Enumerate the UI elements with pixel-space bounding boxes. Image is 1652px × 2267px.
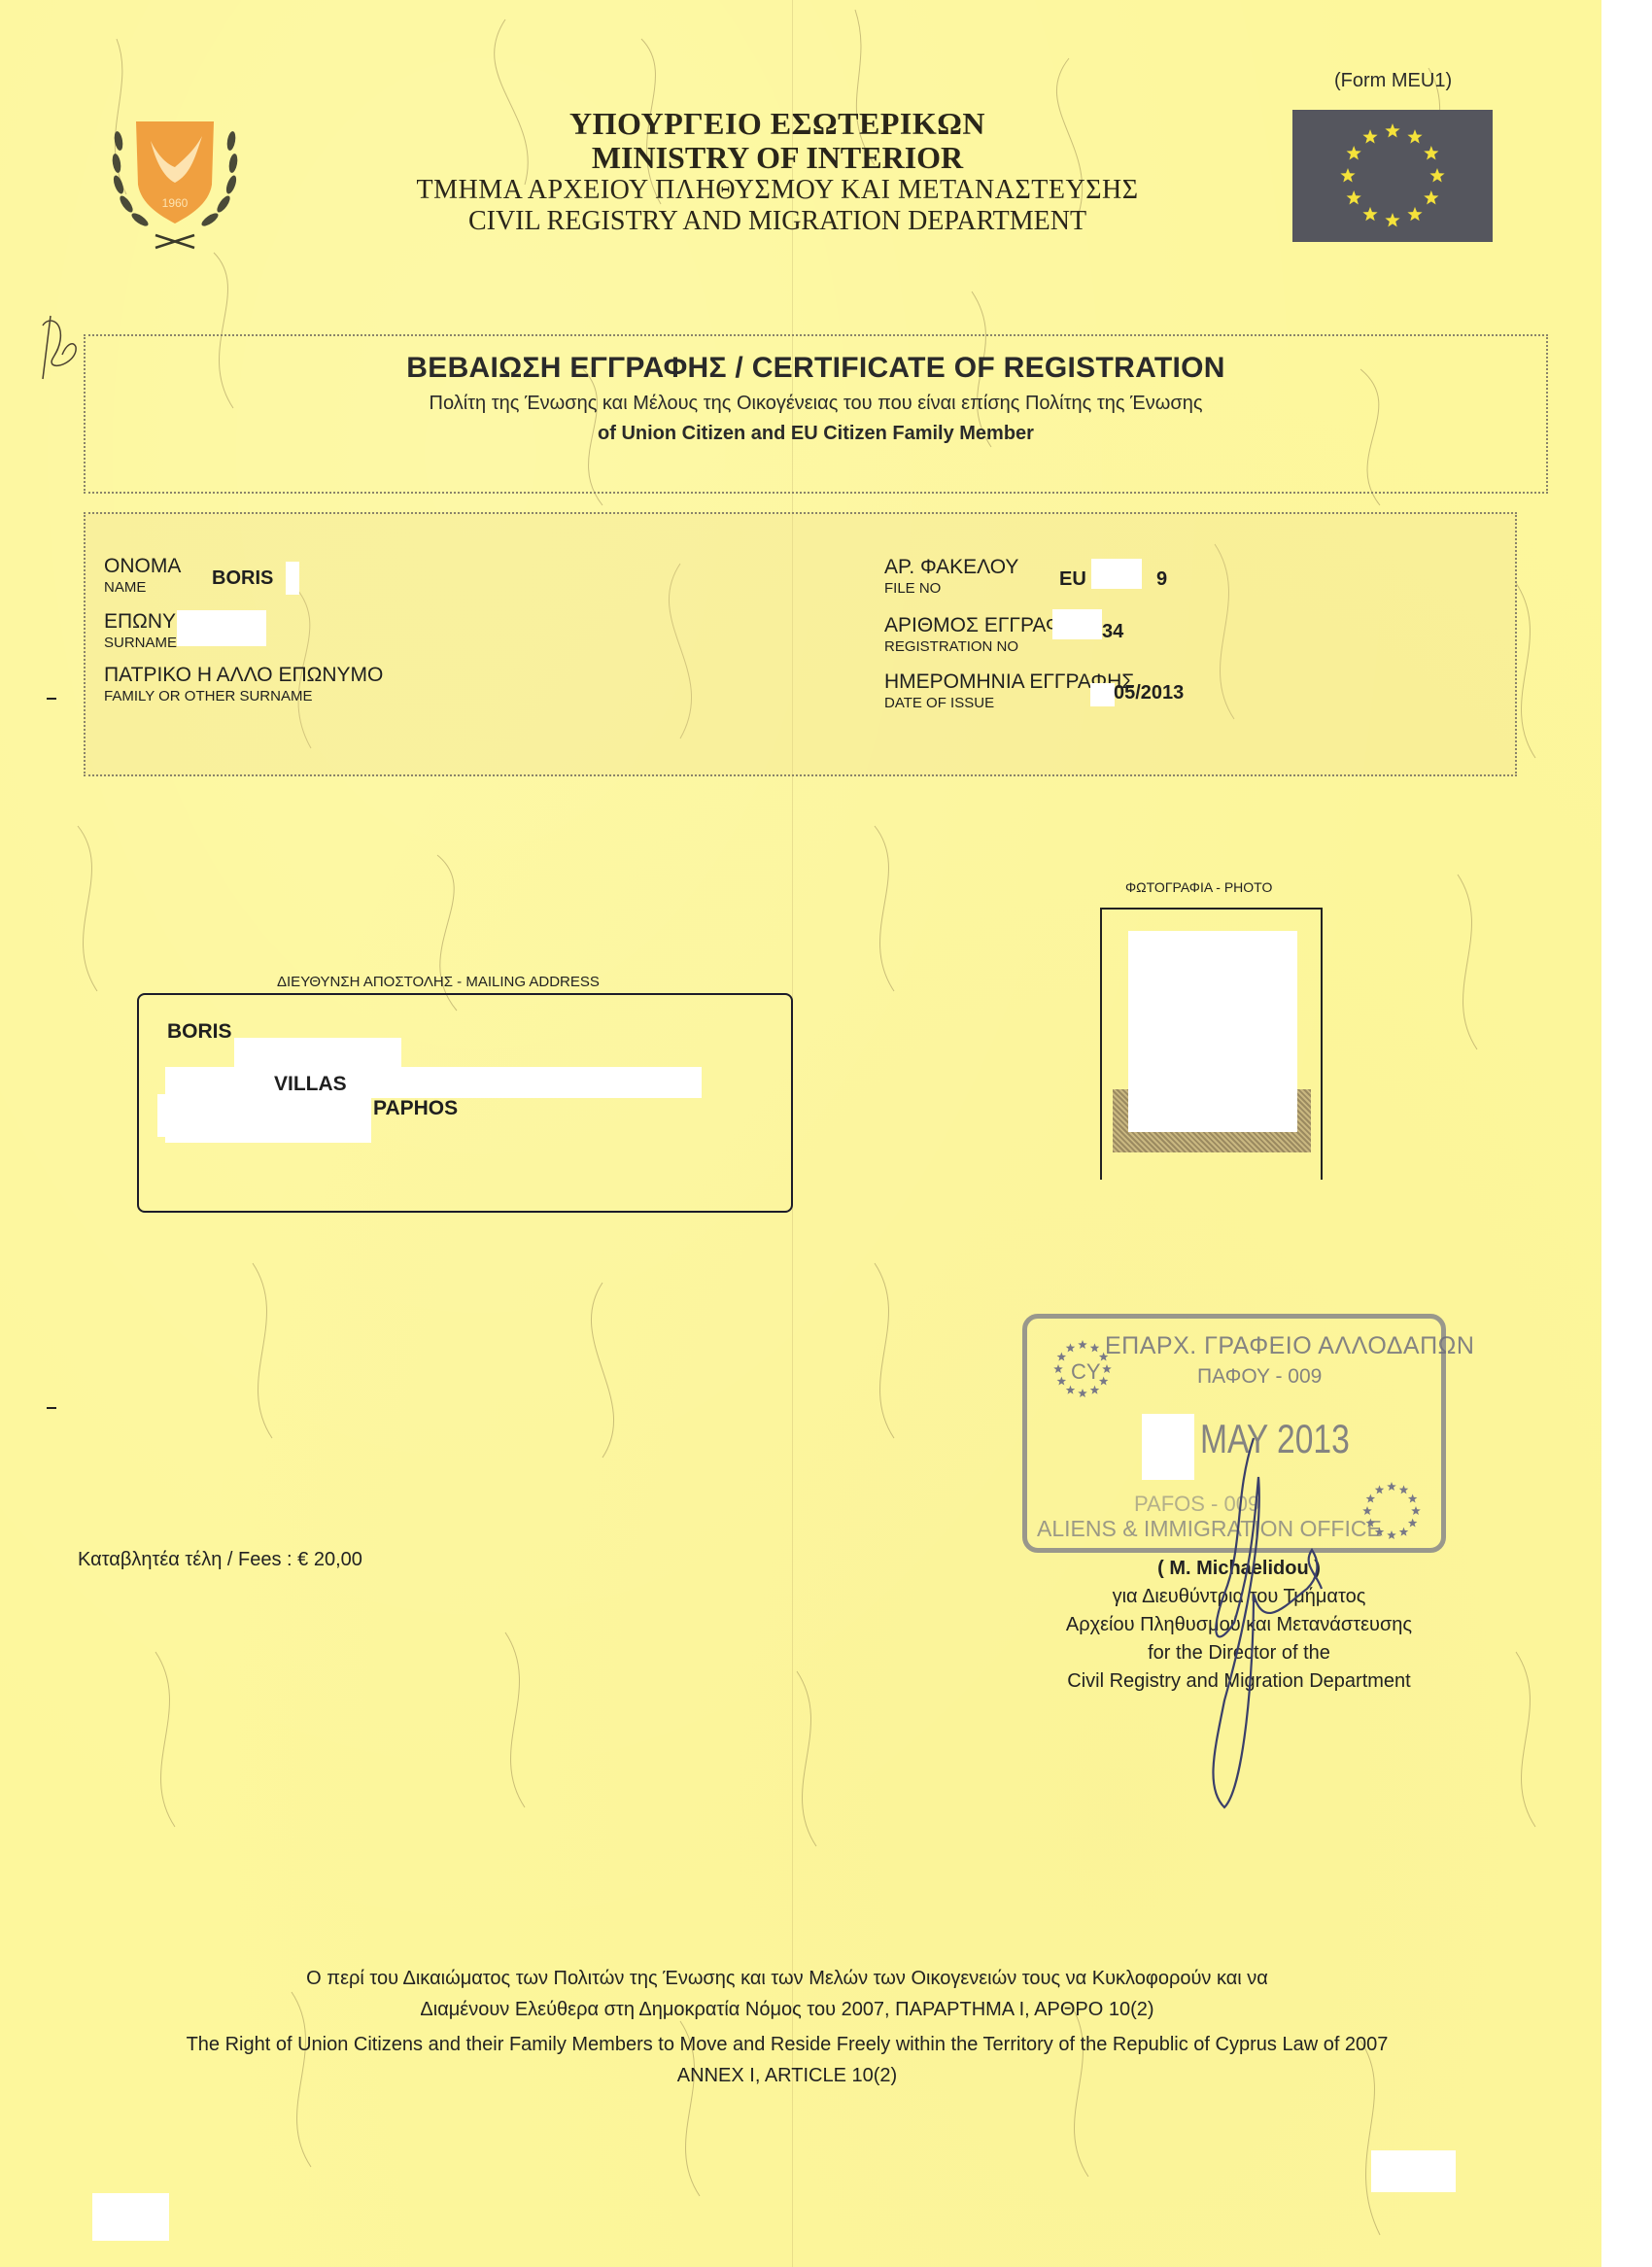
- department-title-greek: ΤΜΗΜΑ ΑΡΧΕΙΟΥ ΠΛΗΘΥΣΜΟΥ ΚΑΙ ΜΕΤΑΝΑΣΤΕΥΣΗ…: [369, 175, 1186, 206]
- issuing-authority-header: ΥΠΟΥΡΓΕΙΟ ΕΣΩΤΕΡΙΚΩΝ MINISTRY OF INTERIO…: [369, 107, 1186, 237]
- file-no-label: ΑΡ. ΦΑΚΕΛΟΥ FILE NO: [884, 556, 1018, 599]
- law-greek-1: Ο περί του Δικαιώματος των Πολιτών της Έ…: [97, 1963, 1477, 1994]
- cyprus-seal-icon: [1358, 1482, 1426, 1540]
- date-of-issue-value: 05/2013: [1114, 682, 1184, 704]
- ministry-title-greek: ΥΠΟΥΡΓΕΙΟ ΕΣΩΤΕΡΙΚΩΝ: [369, 107, 1186, 140]
- file-no-prefix: EU: [1059, 568, 1086, 591]
- stamp-date: MAY 2013: [1200, 1416, 1350, 1462]
- certificate-page: 1960 ΥΠΟΥΡΓΕΙΟ ΕΣΩΤΕΡΙΚΩΝ MINISTRY OF IN…: [0, 0, 1601, 2267]
- signatory-role-english-2: Civil Registry and Migration Department: [1011, 1667, 1467, 1696]
- department-title-english: CIVIL REGISTRY AND MIGRATION DEPARTMENT: [369, 206, 1186, 237]
- other-surname-label: ΠΑΤΡΙΚΟ Η ΑΛΛΟ ΕΠΩΝΥΜΟ FAMILY OR OTHER S…: [104, 664, 383, 706]
- law-greek-2: Διαμένουν Ελεύθερα στη Δημοκρατία Νόμος …: [97, 1994, 1477, 2025]
- ministry-title-english: MINISTRY OF INTERIOR: [369, 140, 1186, 175]
- certificate-title-box: ΒΕΒΑΙΩΣΗ ΕΓΓΡΑΦΗΣ / CERTIFICATE OF REGIS…: [84, 334, 1548, 494]
- form-code: (Form MEU1): [1334, 70, 1452, 92]
- office-stamp: CY ΕΠΑΡΧ. ΓΡΑΦΕΙΟ ΑΛΛΟΔΑΠΩΝ ΠΑΦΟΥ - 009 …: [1022, 1314, 1446, 1553]
- redaction-block: [1371, 2150, 1456, 2192]
- surname-redaction: [177, 610, 266, 646]
- eu-flag-icon: [1292, 110, 1493, 242]
- registration-no-suffix: 34: [1102, 621, 1123, 643]
- mailing-redaction: [165, 1098, 371, 1143]
- file-no-redaction: [1091, 559, 1142, 589]
- mailing-address-label: ΔΙΕΥΘΥΝΣΗ ΑΠΟΣΤΟΛΗΣ - MAILING ADDRESS: [277, 974, 600, 990]
- file-no-suffix: 9: [1156, 568, 1167, 591]
- photo-label: ΦΩΤΟΓΡΑΦΙΑ - PHOTO: [1125, 879, 1272, 895]
- registration-no-redaction: [1052, 609, 1102, 639]
- date-redaction: [1090, 683, 1115, 706]
- signatory-role-greek-2: Αρχείου Πληθυσμού και Μετανάστευσης: [1011, 1611, 1467, 1639]
- fees-text: Καταβλητέα τέλη / Fees : € 20,00: [78, 1549, 362, 1571]
- redaction-block: [92, 2193, 169, 2241]
- cyprus-coat-of-arms-icon: 1960: [97, 107, 253, 253]
- mailing-line-villas: VILLAS: [274, 1073, 347, 1096]
- name-label: ΟΝΟΜΑ NAME: [104, 555, 181, 598]
- certificate-subtitle-english: of Union Citizen and EU Citizen Family M…: [86, 423, 1546, 445]
- legal-reference: Ο περί του Δικαιώματος των Πολιτών της Έ…: [97, 1963, 1477, 2091]
- certificate-title: ΒΕΒΑΙΩΣΗ ΕΓΓΡΑΦΗΣ / CERTIFICATE OF REGIS…: [86, 352, 1546, 385]
- photo-redaction: [1128, 931, 1297, 1132]
- stamp-day-redaction: [1142, 1414, 1194, 1480]
- margin-mark: [47, 698, 56, 700]
- handwritten-mark: [39, 306, 87, 384]
- margin-mark: [47, 1407, 56, 1409]
- signatory-name: ( M. Michaelidou ): [1011, 1555, 1467, 1583]
- name-value: BORIS: [212, 567, 273, 590]
- law-english-2: ANNEX I, ARTICLE 10(2): [97, 2060, 1477, 2091]
- redaction-block: [286, 562, 299, 595]
- signatory-block: ( M. Michaelidou ) για Διευθύντρια του Τ…: [1011, 1555, 1467, 1696]
- registration-details-box: [84, 512, 1517, 776]
- svg-text:1960: 1960: [162, 196, 189, 210]
- signatory-role-english-1: for the Director of the: [1011, 1639, 1467, 1667]
- law-english-1: The Right of Union Citizens and their Fa…: [97, 2029, 1477, 2060]
- mailing-line-name: BORIS: [167, 1020, 232, 1044]
- mailing-line-city: PAPHOS: [373, 1097, 458, 1120]
- signatory-role-greek-1: για Διευθύντρια του Τμήματος: [1011, 1583, 1467, 1611]
- certificate-subtitle-greek: Πολίτη της Ένωσης και Μέλους της Οικογέν…: [86, 393, 1546, 415]
